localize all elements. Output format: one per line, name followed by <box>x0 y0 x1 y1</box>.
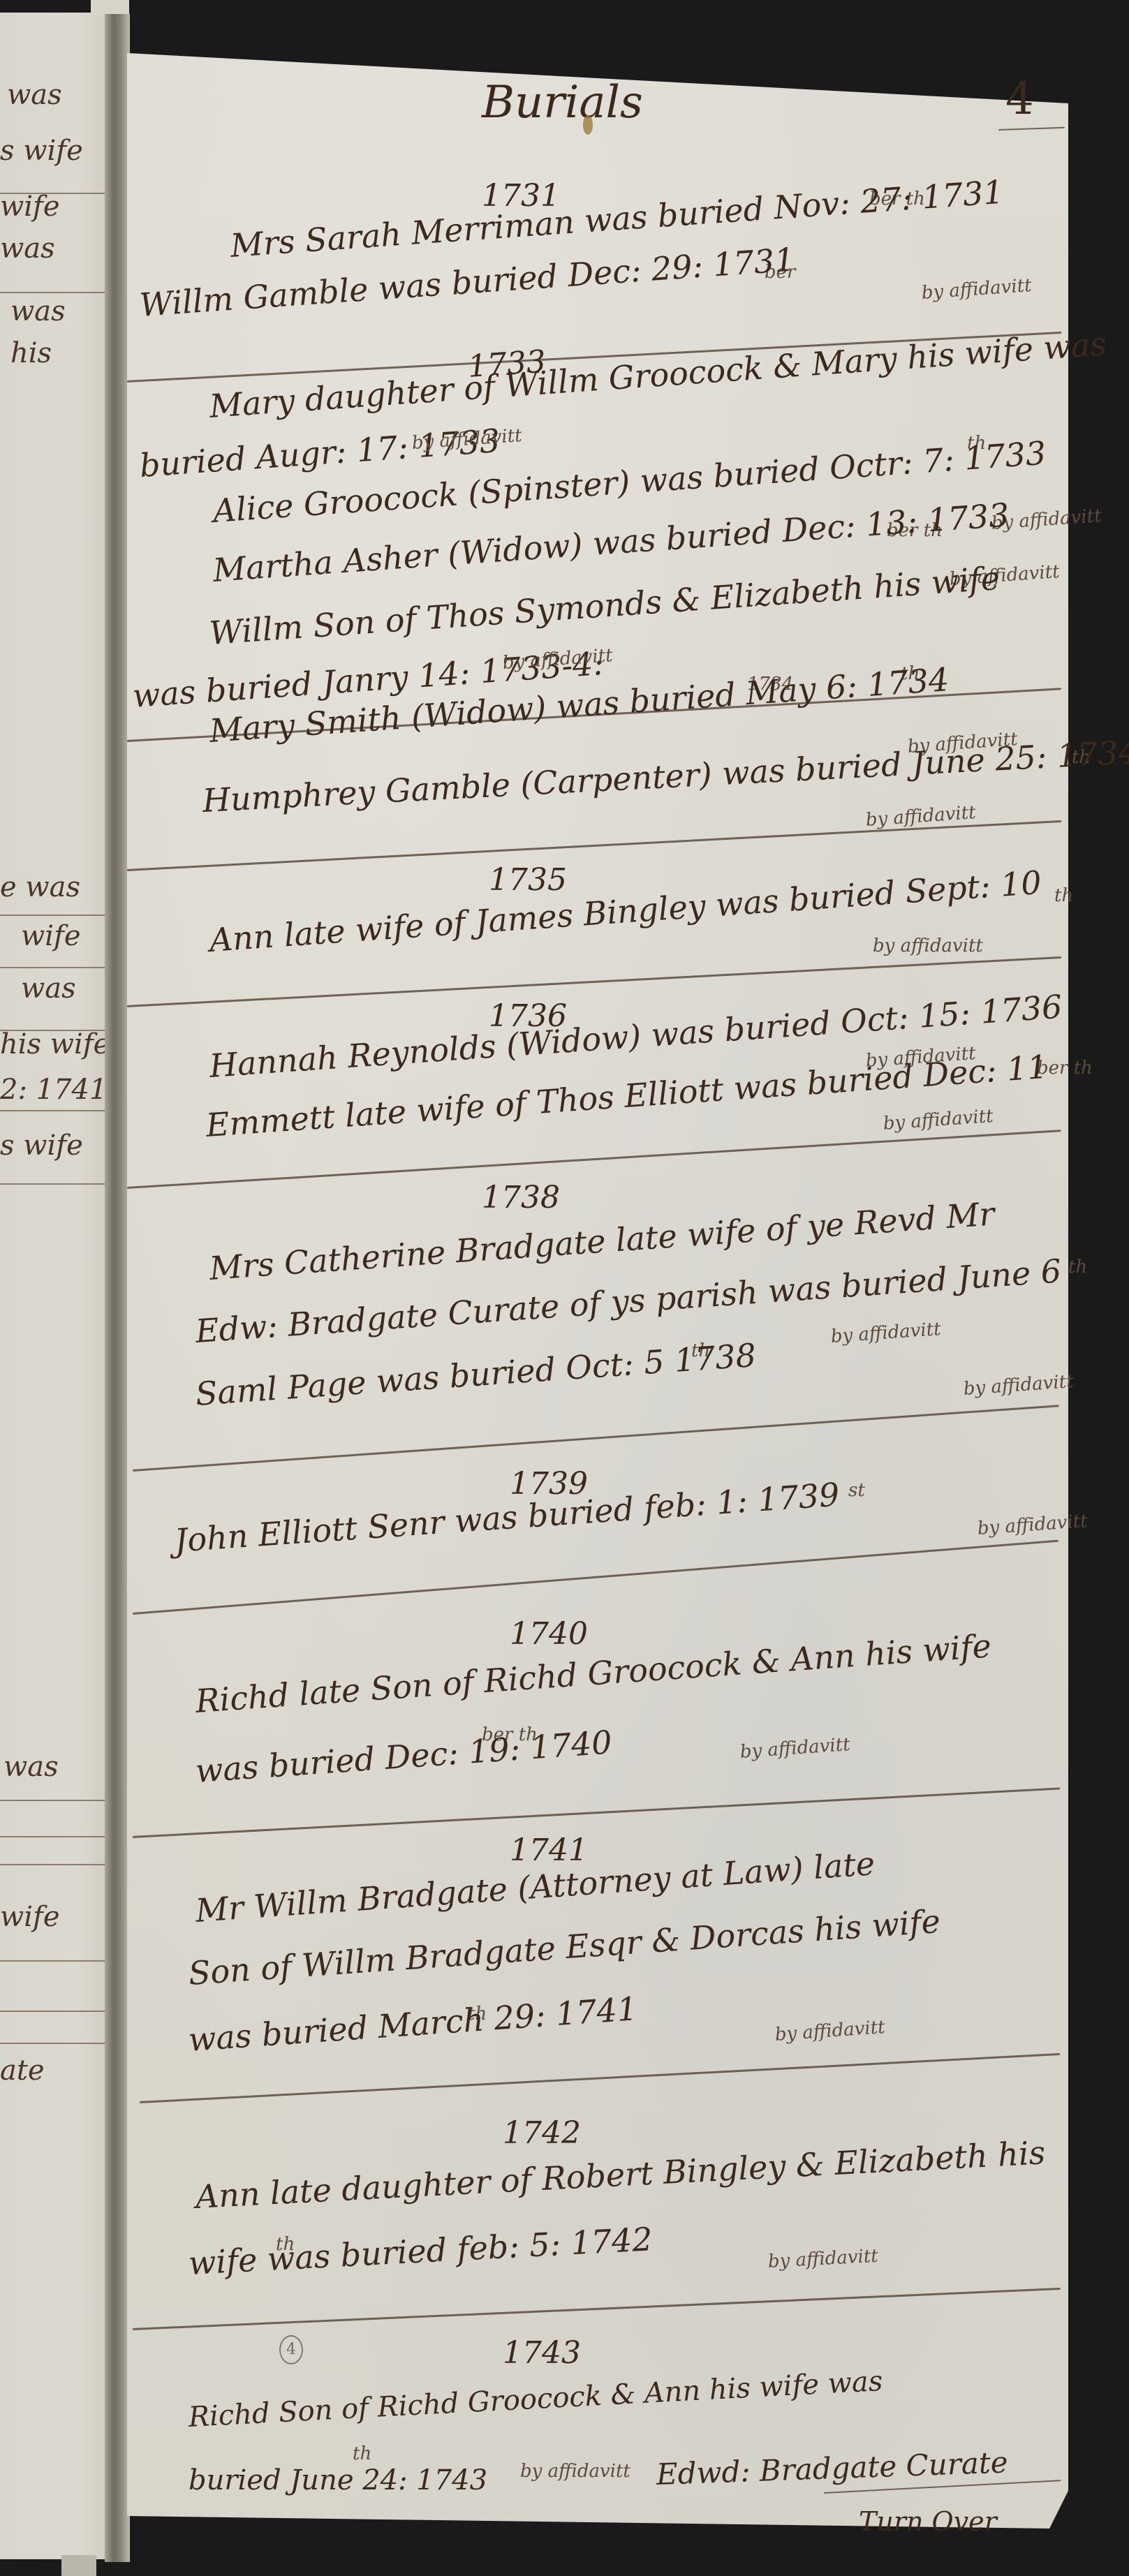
facing-page-rule <box>0 1800 105 1801</box>
facing-page-fragment: ate <box>0 2055 45 2087</box>
date-superscript: st <box>848 1480 865 1501</box>
facing-page-fragment: wife <box>21 920 81 952</box>
affidavit-note: by affidavitt <box>520 2461 630 2482</box>
page-heading: Burials <box>482 77 643 128</box>
facing-page-fragment: wife <box>0 191 60 223</box>
facing-page-rule <box>0 2011 105 2012</box>
turn-over-note: Turn Over <box>859 2506 997 2537</box>
facing-page-rule <box>0 915 105 916</box>
section-year: 1740 <box>510 1616 588 1652</box>
facing-page-fragment: was <box>7 79 62 111</box>
facing-page-fragment: 2: 1741 <box>0 1074 107 1106</box>
burial-entry-line: buried June 24: 1743 <box>189 2464 487 2496</box>
section-year: 1738 <box>482 1180 560 1215</box>
facing-page-fragment: his <box>10 337 52 369</box>
facing-page-fragment: e was <box>0 871 80 903</box>
facing-page-fragment: wife <box>0 1901 60 1933</box>
page-number: 4 <box>1005 73 1034 125</box>
date-superscript: th <box>1068 1257 1087 1278</box>
binding-tab <box>91 0 129 15</box>
facing-page-rule <box>0 1183 105 1185</box>
date-superscript: th <box>353 2443 371 2464</box>
facing-page-fragment: was <box>10 295 66 327</box>
facing-page-fragment: s wife <box>0 135 83 167</box>
facing-page: was s wife wife was was his e was wife w… <box>0 13 110 2559</box>
ink-blot <box>583 115 593 135</box>
facing-page-fragment: his wife <box>0 1028 110 1060</box>
facing-page-rule <box>0 1864 105 1865</box>
facing-page-rule <box>0 967 105 968</box>
facing-page-fragment: s wife <box>0 1130 83 1162</box>
section-year: 1742 <box>503 2115 581 2151</box>
date-superscript: th <box>1054 885 1073 906</box>
facing-page-fragment: was <box>3 1751 59 1783</box>
facing-page-rule <box>0 2043 105 2044</box>
facing-page-rule <box>0 1110 105 1111</box>
facing-page-rule <box>0 292 105 293</box>
facing-page-fragment: was <box>0 232 55 265</box>
facing-page-rule <box>0 1836 105 1837</box>
section-year: 1735 <box>489 862 567 898</box>
section-year: 1743 <box>503 2335 581 2371</box>
binding-tab <box>61 2555 96 2576</box>
facing-page-fragment: was <box>21 972 76 1005</box>
section-year: 1741 <box>510 1833 588 1868</box>
affidavit-note: by affidavitt <box>873 935 983 956</box>
archive-stamp: 4 <box>279 2335 303 2364</box>
facing-page-rule <box>0 1960 105 1962</box>
book-gutter <box>105 14 130 2562</box>
